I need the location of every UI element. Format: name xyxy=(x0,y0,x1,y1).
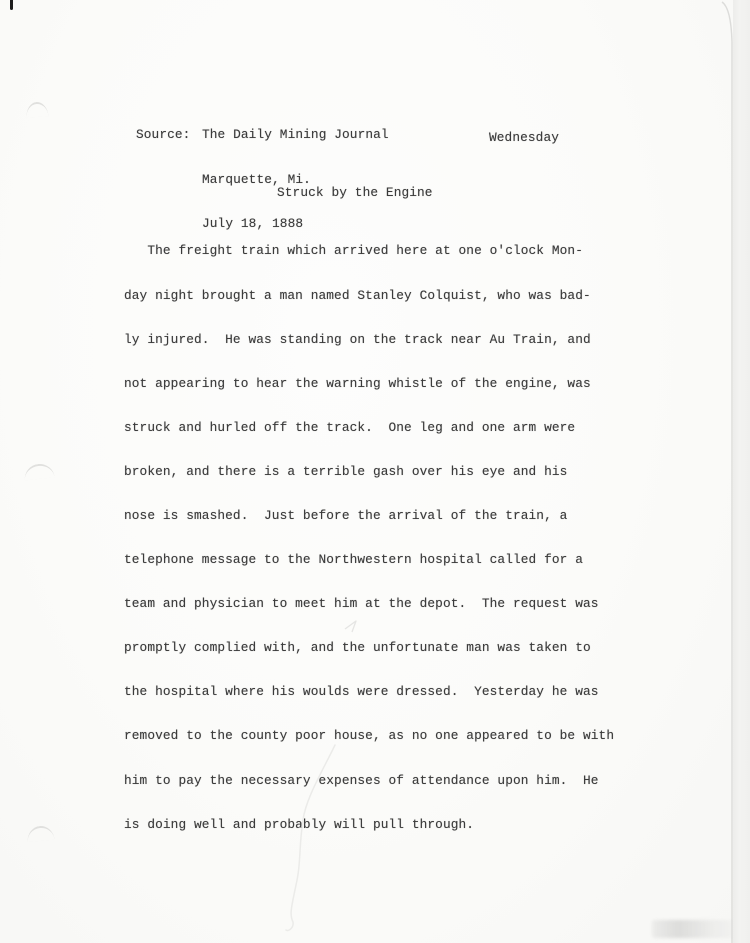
body-line: nose is smashed. Just before the arrival… xyxy=(124,509,614,524)
weekday: Wednesday xyxy=(489,131,559,146)
scanned-page: Source:The Daily Mining Journal Marquett… xyxy=(0,0,733,943)
punch-hole-mark-top xyxy=(26,101,49,117)
punch-hole-mark-bottom xyxy=(26,825,54,842)
article-body: The freight train which arrived here at … xyxy=(124,215,614,862)
body-line: telephone message to the Northwestern ho… xyxy=(124,553,614,568)
body-line: ly injured. He was standing on the track… xyxy=(124,333,614,348)
source-label: Source: xyxy=(136,128,202,143)
body-line: the hospital where his woulds were dress… xyxy=(124,685,614,700)
body-line: promptly complied with, and the unfortun… xyxy=(124,641,614,656)
body-line: team and physician to meet him at the de… xyxy=(124,597,614,612)
body-line: him to pay the necessary expenses of att… xyxy=(124,774,614,789)
punch-hole-mark-middle xyxy=(23,462,54,480)
body-line: broken, and there is a terrible gash ove… xyxy=(124,465,614,480)
article-title: Struck by the Engine xyxy=(277,186,433,201)
body-line: struck and hurled off the track. One leg… xyxy=(124,421,614,436)
body-line: not appearing to hear the warning whistl… xyxy=(124,377,614,392)
source-row: Source:The Daily Mining Journal xyxy=(136,128,389,143)
body-line: The freight train which arrived here at … xyxy=(124,244,614,259)
faint-stamp-smudge xyxy=(652,920,740,938)
body-line: day night brought a man named Stanley Co… xyxy=(124,289,614,304)
body-line: is doing well and probably will pull thr… xyxy=(124,818,614,833)
scan-edge-artifact xyxy=(10,0,13,10)
publication-name: The Daily Mining Journal xyxy=(202,127,389,142)
scan-background-strip xyxy=(733,0,750,943)
body-line: removed to the county poor house, as no … xyxy=(124,729,614,744)
